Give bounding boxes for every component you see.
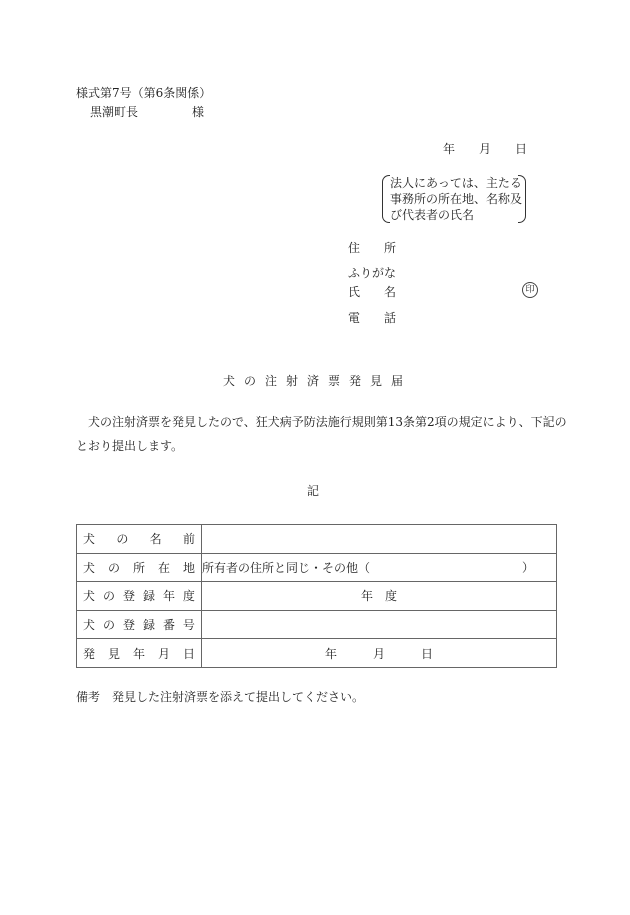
applicant-phone-field[interactable]: 電話 bbox=[348, 309, 396, 326]
label-char: 録 bbox=[143, 587, 155, 604]
submission-date[interactable]: 年月日 bbox=[443, 140, 527, 157]
registration-number-field[interactable] bbox=[202, 610, 557, 639]
label-char: 登 bbox=[123, 616, 135, 633]
label-char: 前 bbox=[183, 530, 195, 547]
remarks-label: 備考 bbox=[76, 688, 100, 705]
corporate-note-line: び代表者の氏名 bbox=[390, 207, 520, 223]
remarks-text: 発見した注射済票を添えて提出してください。 bbox=[112, 688, 364, 705]
year-char: 年 bbox=[361, 589, 373, 603]
label-char: の bbox=[103, 616, 115, 633]
label-char: 所 bbox=[133, 559, 145, 576]
body-line-2: とおり提出します。 bbox=[76, 434, 556, 458]
date-day: 日 bbox=[515, 140, 527, 157]
table-row: 犬 の 所 在 地 所有者の住所と同じ・その他（ ） bbox=[77, 553, 557, 582]
corporate-note-line: 事務所の所在地、名称及 bbox=[390, 191, 520, 207]
dog-location-option-text: 所有者の住所と同じ・その他（ bbox=[202, 561, 370, 575]
label-char: 度 bbox=[183, 587, 195, 604]
label-char: 犬 bbox=[83, 530, 95, 547]
applicant-name-field[interactable]: 氏名 bbox=[348, 283, 396, 300]
ki-heading: 記 bbox=[307, 482, 319, 499]
date-year: 年 bbox=[443, 140, 455, 157]
table-row: 発 見 年 月 日 年月日 bbox=[77, 639, 557, 668]
close-paren: ） bbox=[522, 559, 534, 576]
dog-name-label: 犬 の 名 前 bbox=[77, 525, 202, 554]
registration-number-label: 犬 の 登 録 番 号 bbox=[77, 610, 202, 639]
label-char: の bbox=[103, 587, 115, 604]
table-row: 犬 の 登 録 番 号 bbox=[77, 610, 557, 639]
label-char: 日 bbox=[183, 645, 195, 662]
found-year: 年 bbox=[325, 645, 337, 662]
registration-year-field[interactable]: 年度 bbox=[202, 582, 557, 611]
corporate-note: 法人にあっては、主たる 事務所の所在地、名称及 び代表者の氏名 bbox=[380, 175, 524, 223]
form-number: 様式第7号（第6条関係） bbox=[76, 84, 211, 101]
label-char: 号 bbox=[183, 616, 195, 633]
applicant-address-field[interactable]: 住所 bbox=[348, 239, 396, 256]
found-date-label: 発 見 年 月 日 bbox=[77, 639, 202, 668]
address-label-char: 所 bbox=[384, 239, 396, 256]
found-day: 日 bbox=[421, 645, 433, 662]
label-char: 見 bbox=[108, 645, 120, 662]
label-char: 犬 bbox=[83, 616, 95, 633]
details-table: 犬 の 名 前 犬 の 所 在 地 所有者の住所と同じ・その他（ ） 犬 bbox=[76, 524, 557, 668]
label-char: 地 bbox=[183, 559, 195, 576]
dog-location-label: 犬 の 所 在 地 bbox=[77, 553, 202, 582]
phone-label-char: 電 bbox=[348, 309, 360, 326]
dog-name-field[interactable] bbox=[202, 525, 557, 554]
dog-location-field[interactable]: 所有者の住所と同じ・その他（ ） bbox=[202, 553, 557, 582]
label-char: の bbox=[116, 530, 128, 547]
fiscal-char: 度 bbox=[385, 589, 397, 603]
label-char: 在 bbox=[158, 559, 170, 576]
honorific: 様 bbox=[192, 103, 204, 120]
date-month: 月 bbox=[479, 140, 491, 157]
label-char: 犬 bbox=[83, 559, 95, 576]
found-date-field[interactable]: 年月日 bbox=[202, 639, 557, 668]
label-char: 年 bbox=[133, 645, 145, 662]
corporate-note-line: 法人にあっては、主たる bbox=[390, 175, 520, 191]
address-label-char: 住 bbox=[348, 239, 360, 256]
document-title: 犬の注射済票発見届 bbox=[223, 372, 412, 389]
label-char: 番 bbox=[163, 616, 175, 633]
label-char: 録 bbox=[143, 616, 155, 633]
label-char: 発 bbox=[83, 645, 95, 662]
label-char: 月 bbox=[158, 645, 170, 662]
applicant-furigana-field[interactable]: ふりがな bbox=[348, 264, 396, 281]
label-char: 名 bbox=[150, 530, 162, 547]
addressee: 黒潮町長様 bbox=[90, 103, 204, 120]
body-text: 犬の注射済票を発見したので、狂犬病予防法施行規則第13条第2項の規定により、下記… bbox=[76, 410, 556, 458]
seal-icon: 印 bbox=[522, 282, 538, 298]
addressee-name: 黒潮町長 bbox=[90, 103, 138, 120]
label-char: 犬 bbox=[83, 587, 95, 604]
label-char: 登 bbox=[123, 587, 135, 604]
name-label-char: 氏 bbox=[348, 283, 360, 300]
table-row: 犬 の 名 前 bbox=[77, 525, 557, 554]
remarks: 備考発見した注射済票を添えて提出してください。 bbox=[76, 688, 364, 705]
table-row: 犬 の 登 録 年 度 年度 bbox=[77, 582, 557, 611]
phone-label-char: 話 bbox=[384, 309, 396, 326]
found-month: 月 bbox=[373, 645, 385, 662]
label-char: の bbox=[108, 559, 120, 576]
body-line-1: 犬の注射済票を発見したので、狂犬病予防法施行規則第13条第2項の規定により、下記… bbox=[76, 410, 556, 434]
name-label-char: 名 bbox=[384, 283, 396, 300]
registration-year-label: 犬 の 登 録 年 度 bbox=[77, 582, 202, 611]
label-char: 年 bbox=[163, 587, 175, 604]
